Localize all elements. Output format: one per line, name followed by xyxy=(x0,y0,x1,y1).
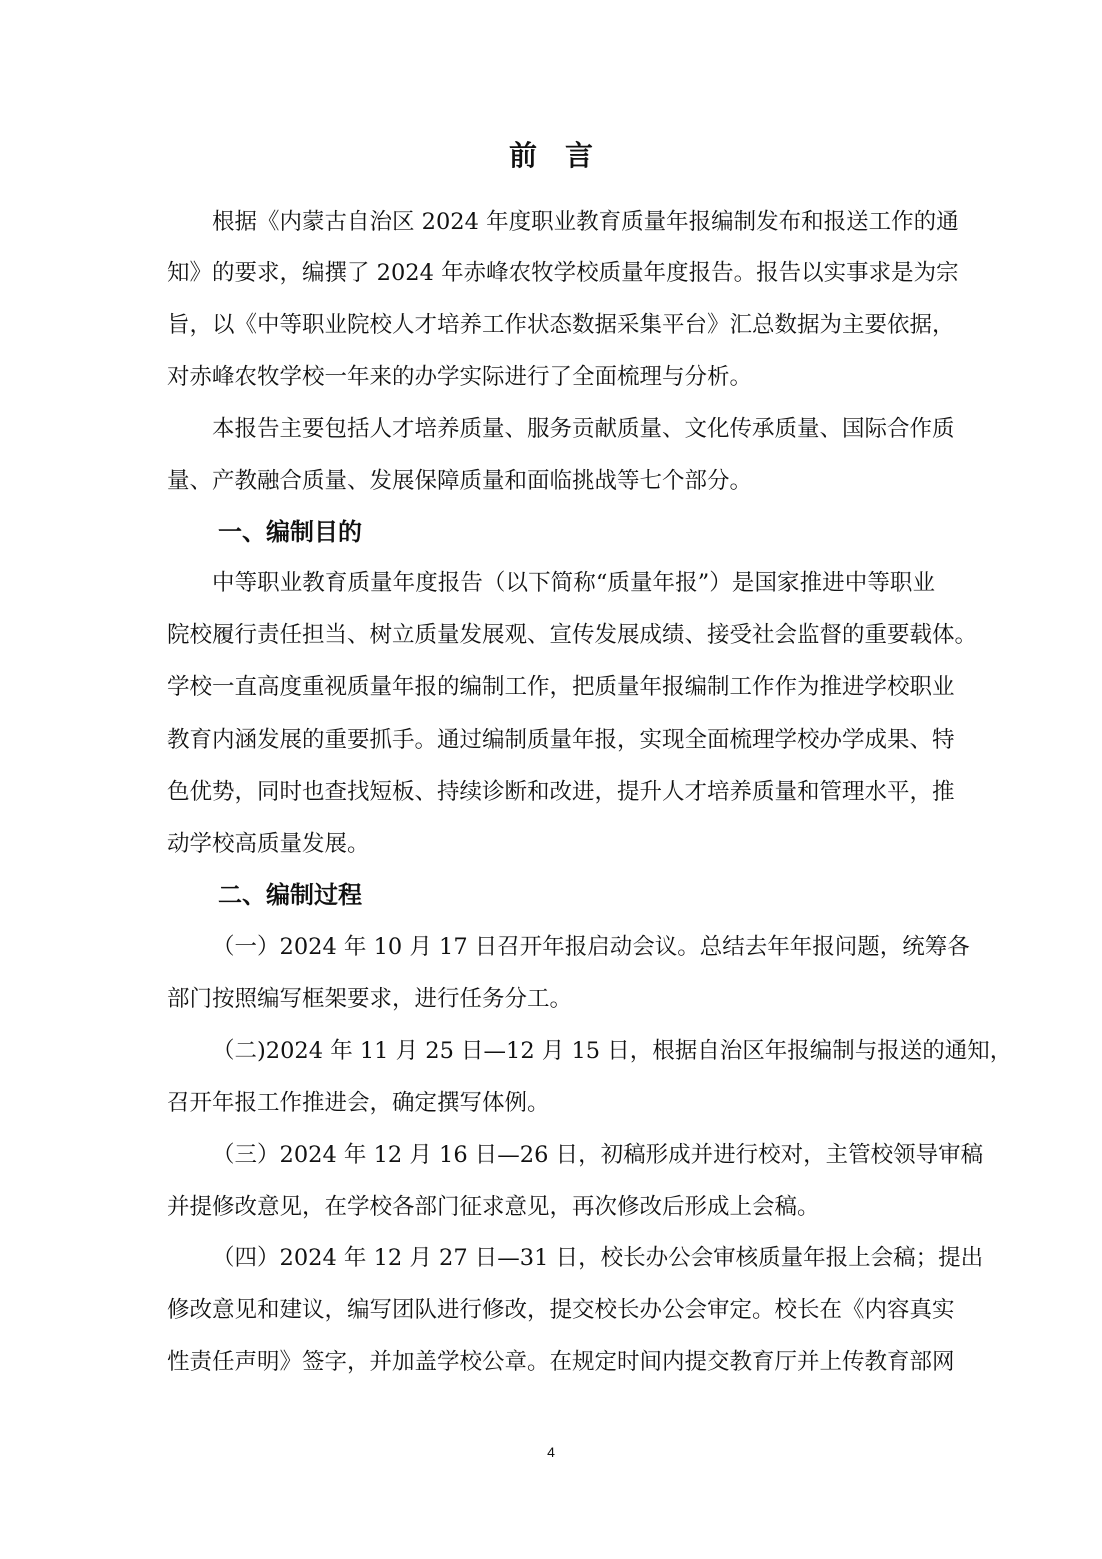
text-line: 召开年报工作推进会，确定撰写体例。 xyxy=(167,1088,935,1118)
text-line: 性责任声明》签字，并加盖学校公章。在规定时间内提交教育厅并上传教育部网 xyxy=(167,1347,935,1377)
page-number: 4 xyxy=(0,1444,1102,1460)
text-line: 教育内涵发展的重要抓手。通过编制质量年报，实现全面梳理学校办学成果、特 xyxy=(167,725,935,755)
page-title: 前言 xyxy=(0,134,1102,178)
text-line: （四）2024 年 12 月 27 日—31 日，校长办公会审核质量年报上会稿；… xyxy=(167,1243,935,1273)
text-line: （二)2024 年 11 月 25 日—12 月 15 日，根据自治区年报编制与… xyxy=(167,1036,935,1066)
text-line: 中等职业教育质量年度报告（以下简称“质量年报”）是国家推进中等职业 xyxy=(167,568,935,598)
document-page: 前言 根据《内蒙古自治区 2024 年度职业教育质量年报编制发布和报送工作的通 … xyxy=(0,0,1102,1559)
text-line: 知》的要求，编撰了 2024 年赤峰农牧学校质量年度报告。报告以实事求是为宗 xyxy=(167,258,935,288)
section-heading-purpose: 一、编制目的 xyxy=(218,516,362,548)
text-line: 色优势，同时也查找短板、持续诊断和改进，提升人才培养质量和管理水平，推 xyxy=(167,777,935,807)
text-line: （三）2024 年 12 月 16 日—26 日，初稿形成并进行校对，主管校领导… xyxy=(167,1140,935,1170)
text-line: 量、产教融合质量、发展保障质量和面临挑战等七个部分。 xyxy=(167,466,935,496)
text-line: 动学校高质量发展。 xyxy=(167,829,935,859)
text-line: （一）2024 年 10 月 17 日召开年报启动会议。总结去年年报问题，统筹各 xyxy=(167,932,935,962)
text-line: 本报告主要包括人才培养质量、服务贡献质量、文化传承质量、国际合作质 xyxy=(167,414,935,444)
text-line: 院校履行责任担当、树立质量发展观、宣传发展成绩、接受社会监督的重要载体。 xyxy=(167,620,935,650)
text-line: 修改意见和建议，编写团队进行修改，提交校长办公会审定。校长在《内容真实 xyxy=(167,1295,935,1325)
text-line: 对赤峰农牧学校一年来的办学实际进行了全面梳理与分析。 xyxy=(167,362,935,392)
text-line: 部门按照编写框架要求，进行任务分工。 xyxy=(167,984,935,1014)
text-line: 并提修改意见，在学校各部门征求意见，再次修改后形成上会稿。 xyxy=(167,1192,935,1222)
text-line: 旨，以《中等职业院校人才培养工作状态数据采集平台》汇总数据为主要依据， xyxy=(167,310,935,340)
text-line: 学校一直高度重视质量年报的编制工作，把质量年报编制工作作为推进学校职业 xyxy=(167,672,935,702)
section-heading-process: 二、编制过程 xyxy=(218,879,362,911)
text-line: 根据《内蒙古自治区 2024 年度职业教育质量年报编制发布和报送工作的通 xyxy=(167,207,935,237)
